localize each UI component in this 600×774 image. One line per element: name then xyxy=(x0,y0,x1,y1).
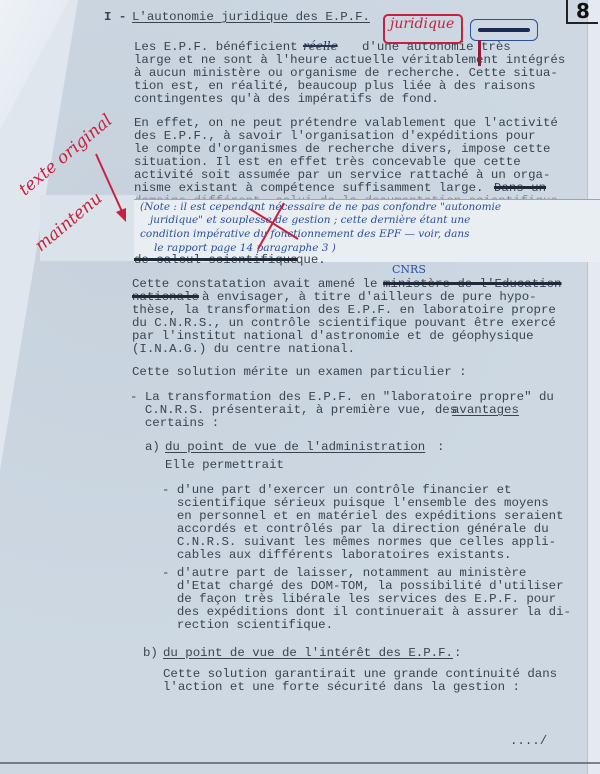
heading-numeral: I - xyxy=(104,11,126,24)
red-arrow-icon xyxy=(90,150,130,230)
page-edge xyxy=(587,0,600,774)
continuation-mark: ..../ xyxy=(510,735,547,748)
p2-last-line-struck: de calcul scientifique xyxy=(134,254,298,267)
a-item1-line-6: cables aux différents laboratoires exist… xyxy=(162,549,511,562)
p3-line-6: (I.N.A.G.) du centre national. xyxy=(132,343,355,356)
p1-line-5: contingentes qu'à des impératifs de fond… xyxy=(134,93,439,106)
annotation-box-blue xyxy=(470,19,538,41)
b-text-line-2: l'action et une forte sécurité dans la g… xyxy=(163,681,520,694)
page-number: 8 xyxy=(566,0,598,24)
section-b-label: b) xyxy=(143,647,158,660)
section-a-title: du point de vue de l'administration xyxy=(165,441,425,454)
annotation-juridique: juridique xyxy=(390,16,454,32)
section-b-title: du point de vue de l'intérêt des E.P.F. xyxy=(163,647,453,660)
insert-cnrs: CNRS xyxy=(392,263,426,276)
p1-crossed-word: réelle xyxy=(303,39,338,53)
blue-note-line-3: condition impérative du fonctionnement d… xyxy=(140,228,470,240)
p2-last-line-end: que. xyxy=(296,254,326,267)
section-a-intro: Elle permettrait xyxy=(165,459,284,472)
a-item2-line-5: rection scientifique. xyxy=(162,619,333,632)
blue-note-line-2: juridique" et souplesse de gestion ; cet… xyxy=(150,214,470,226)
section-b-colon: : xyxy=(454,647,461,660)
section-a-label: a) xyxy=(145,441,160,454)
blue-note-line-1: (Note : il est cependant nécessaire de n… xyxy=(140,200,501,214)
section-a-colon: : xyxy=(437,441,444,454)
p4: Cette solution mérite un examen particul… xyxy=(132,366,467,379)
heading-title: L'autonomie juridique des E.P.F. xyxy=(132,11,370,24)
page-bottom-edge xyxy=(0,762,600,764)
p5-underlined-avantages: avantages xyxy=(452,404,519,417)
red-cross-mark xyxy=(244,201,304,251)
p5-line-3: certains : xyxy=(130,417,219,430)
crossed-out-word xyxy=(478,28,530,32)
